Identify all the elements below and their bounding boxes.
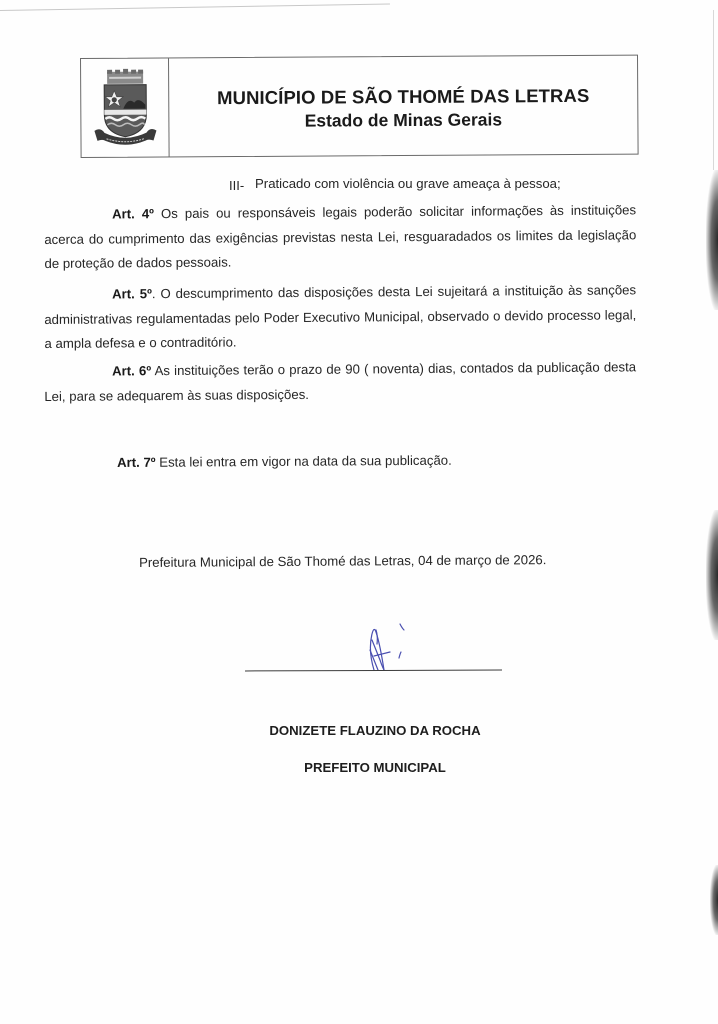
municipality-title: MUNICÍPIO DE SÃO THOMÉ DAS LETRAS — [217, 84, 589, 108]
logo-cell — [81, 58, 170, 157]
article-4: Art. 4º Os pais ou responsáveis legais p… — [44, 198, 637, 276]
article-label: Art. 6º — [112, 363, 151, 378]
scan-edge-line — [713, 10, 714, 170]
state-subtitle: Estado de Minas Gerais — [305, 109, 503, 131]
article-label: Art. 4º — [112, 206, 154, 221]
item-text: Praticado com violência ou grave ameaça … — [255, 176, 561, 191]
handwritten-signature-icon — [360, 620, 430, 676]
scan-shadow — [706, 510, 718, 640]
place-and-date: Prefeitura Municipal de São Thomé das Le… — [139, 552, 546, 570]
letterhead: MUNICÍPIO DE SÃO THOMÉ DAS LETRAS Estado… — [80, 55, 639, 158]
article-6: Art. 6º As instituições terão o prazo de… — [44, 355, 636, 409]
signer-name: DONIZETE FLAUZINO DA ROCHA — [0, 723, 718, 738]
signer-role: PREFEITO MUNICIPAL — [0, 760, 718, 775]
scan-edge-line — [0, 4, 390, 11]
article-5: Art. 5º. O descumprimento das disposiçõe… — [44, 278, 637, 356]
document-page: MUNICÍPIO DE SÃO THOMÉ DAS LETRAS Estado… — [0, 0, 718, 1024]
scan-shadow — [706, 170, 718, 310]
scan-shadow — [710, 865, 718, 935]
municipal-coat-of-arms-icon — [90, 69, 160, 147]
article-label: Art. 7º — [117, 455, 156, 470]
letterhead-title-cell: MUNICÍPIO DE SÃO THOMÉ DAS LETRAS Estado… — [169, 56, 638, 157]
article-7: Art. 7º Esta lei entra em vigor na data … — [117, 453, 452, 470]
item-numeral: III- — [229, 178, 244, 193]
article-label: Art. 5º — [112, 286, 152, 301]
article-text: Esta lei entra em vigor na data da sua p… — [156, 453, 452, 470]
